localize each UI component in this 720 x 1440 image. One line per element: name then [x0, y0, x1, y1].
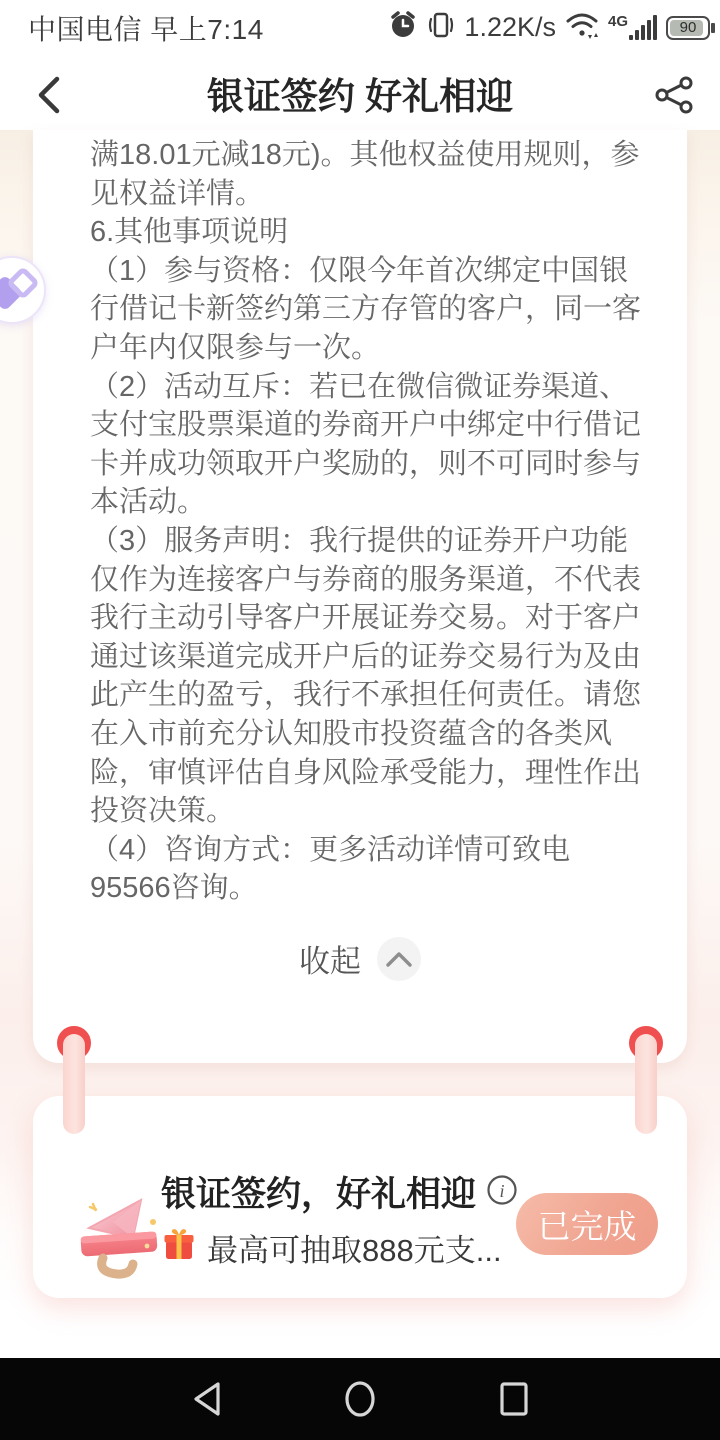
gift-icon [161, 1227, 197, 1268]
rule-line: （4）咨询方式：更多活动详情可致电 [90, 831, 641, 870]
rule-line: 本活动。 [90, 483, 641, 522]
scroll-content[interactable]: 满18.01元减18元)。其他权益使用规则，参见权益详情。6.其他事项说明（1）… [0, 130, 720, 1358]
rule-line: 卡并成功领取开户奖励的，则不可同时参与 [90, 445, 641, 484]
info-icon[interactable]: i [486, 1174, 518, 1211]
rule-line: 投资决策。 [90, 792, 641, 831]
status-icons: 1.22K/s 4G 90 [388, 10, 710, 45]
nav-recents-icon[interactable] [474, 1358, 554, 1440]
rule-line: 6.其他事项说明 [90, 213, 641, 252]
activity-card: 银证签约，好礼相迎 i 最高可抽取888元支... 已完成 [33, 1096, 687, 1298]
rule-line: （1）参与资格：仅限今年首次绑定中国银 [90, 252, 641, 291]
activity-subtitle: 最高可抽取888元支... [207, 1225, 502, 1270]
rule-line: 仅作为连接客户与券商的服务渠道，不代表 [90, 561, 641, 600]
network-speed: 1.22K/s [464, 12, 556, 43]
activity-title: 银证签约，好礼相迎 [161, 1167, 476, 1217]
share-icon[interactable] [652, 73, 696, 117]
gift-plane-icon [69, 1182, 173, 1286]
rule-line: 行借记卡新签约第三方存管的客户，同一客 [90, 290, 641, 329]
completed-button[interactable]: 已完成 [516, 1193, 658, 1255]
rules-text: 满18.01元减18元)。其他权益使用规则，参见权益详情。6.其他事项说明（1）… [90, 136, 641, 908]
svg-text:i: i [500, 1181, 505, 1201]
battery-nub [711, 23, 715, 33]
connector-pill [635, 1034, 657, 1134]
rule-line: （3）服务声明：我行提供的证券开户功能 [90, 522, 641, 561]
activity-subtitle-row: 最高可抽取888元支... [161, 1226, 502, 1268]
rules-card: 满18.01元减18元)。其他权益使用规则，参见权益详情。6.其他事项说明（1）… [33, 130, 687, 1063]
status-bar: 中国电信 早上7:14 1.22K/s 4G 90 [0, 0, 720, 55]
rule-line: 户年内仅限参与一次。 [90, 329, 641, 368]
rule-line: （2）活动互斥：若已在微信微证券渠道、 [90, 368, 641, 407]
rule-line: 此产生的盈亏，我行不承担任何责任。请您 [90, 676, 641, 715]
page-title: 银证签约 好礼相迎 [0, 66, 720, 120]
nav-back-icon[interactable] [167, 1358, 247, 1440]
rule-line: 我行主动引导客户开展证券交易。对于客户 [90, 599, 641, 638]
rule-line: 满18.01元减18元)。其他权益使用规则，参 [90, 136, 641, 175]
android-nav-bar [0, 1358, 720, 1440]
activity-title-row: 银证签约，好礼相迎 i [161, 1170, 518, 1214]
back-button[interactable] [26, 73, 70, 117]
wifi-icon [565, 10, 599, 45]
carrier-and-time: 中国电信 早上7:14 [28, 8, 264, 48]
rule-line: 95566咨询。 [90, 869, 641, 908]
alarm-icon [388, 10, 418, 45]
signal-bars-icon: 4G [608, 15, 657, 40]
battery-percent: 90 [680, 19, 697, 36]
rule-line: 支付宝股票渠道的券商开户中绑定中行借记 [90, 406, 641, 445]
phone-screen: 中国电信 早上7:14 1.22K/s 4G 90 [0, 0, 720, 1440]
rule-line: 在入市前充分认知股市投资蕴含的各类风 [90, 715, 641, 754]
collapse-row[interactable]: 收起 [33, 936, 687, 981]
header: 银证签约 好礼相迎 [0, 55, 720, 130]
rule-line: 见权益详情。 [90, 175, 641, 214]
collapse-label[interactable]: 收起 [299, 936, 361, 981]
vibrate-icon [427, 10, 455, 45]
rule-line: 险，审慎评估自身风险承受能力，理性作出 [90, 754, 641, 793]
connector-pill [63, 1034, 85, 1134]
network-type-label: 4G [608, 13, 628, 30]
battery-icon: 90 [666, 16, 710, 40]
rule-line: 通过该渠道完成开户后的证券交易行为及由 [90, 638, 641, 677]
chevron-up-icon[interactable] [377, 937, 421, 981]
nav-home-icon[interactable] [320, 1358, 400, 1440]
